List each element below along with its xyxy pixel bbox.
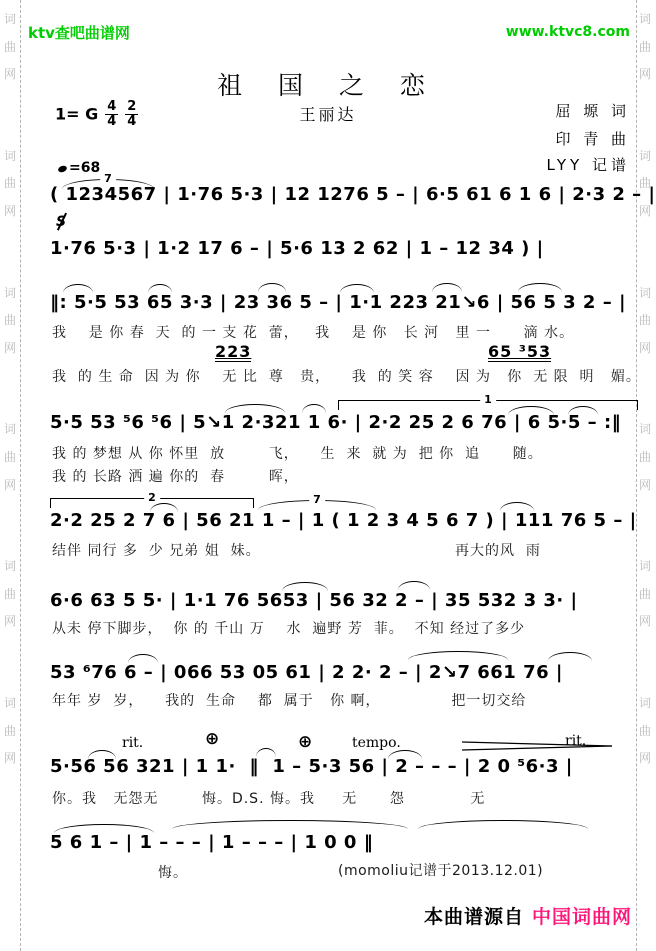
coda-icon: ⊕ [205,729,219,749]
watermark-text: 词曲网 [637,416,653,499]
watermark-text: 词曲网 [2,416,18,499]
lyrics-line-verse1: 悔。 [158,862,188,882]
time-signature-2: 24 [125,100,138,130]
notation-line-6: 6·6 63 5 5· | 1·1 76 5653 | 56 32 2 – | … [50,590,578,611]
watermark-text: 词曲网 [637,690,653,773]
ritardando-marking: rit. [122,735,143,751]
slur-arc [548,652,592,661]
lyrics-line-verse1: 我 的 梦想 从 你 怀里 放 飞， 生 来 就 为 把 你 追 随。 [52,443,543,463]
transcriber-note: (momoliu记谱于2013.12.01) [338,860,543,880]
watermark-text: 词曲网 [637,280,653,363]
right-dashed-border [636,0,637,951]
slur-arc [398,581,430,590]
lyrics-line-continued: 再大的风 雨 [455,540,541,560]
slur-arc [258,283,286,292]
lyrics-line-verse1: 从未 停下脚步， 你 的 千山 万 水 遍野 芳 菲。 不知 经过了多少 [52,618,525,638]
notation-line-1: ( 1234567 | 1·76 5·3 | 12 1276 5 – | 6·5… [50,184,656,205]
lyrics-line-verse1: 结伴 同行 多 少 兄弟 姐 妹。 [52,540,261,560]
key-signature: 1= G4424 [55,100,138,130]
lyrics-line-verse1: 我 是 你 春 天 的 一 支 花 蕾， 我 是 你 长 河 里 一 滴 水。 [52,322,574,342]
site-url-link[interactable]: www.ktvc8.com [506,24,630,40]
ending-number: 1 [480,393,496,406]
watermark-text: 词曲网 [2,280,18,363]
alternate-notes-1: 223 [215,342,251,362]
meter-numerator: 2 [125,100,138,115]
tie-arc [172,820,408,829]
ritardando-marking: rit. [565,733,586,749]
credit-transcriber: LYY 记谱 [547,154,630,175]
a-tempo-marking: tempo. [352,735,401,751]
notation-line-5: 2·2 25 2 7 6 | 56 21 1 – | 1 ( 1 2 3 4 5… [50,510,637,531]
slur-arc [408,651,508,660]
notation-line-7: 53 ⁶76 6 – | 066 53 05 61 | 2 2· 2 – | 2… [50,662,563,683]
alternate-notes-2: 65 ³53 [488,342,551,362]
credit-lyricist: 屈 塬 词 [555,100,630,121]
watermark-text: 词曲网 [2,553,18,636]
lyrics-line-verse1: 年年 岁 岁， 我的 生命 都 属于 你 啊， 把一切交给 [52,690,526,710]
notation-line-3: ‖: 5·5 53 65 3·3 | 23 36 5 – | 1·1 223 2… [50,292,626,313]
source-label: 本曲谱源自 [424,902,524,929]
lyrics-line-verse1: 你。我 无怨无 悔。D.S. 悔。我 无 怨 无 [52,788,485,808]
notation-line-4: 5·5 53 ⁵6 ⁵6 | 5↘1 2·321 1 6· | 2·2 25 2… [50,412,621,433]
song-title: 祖 国 之 恋 [0,66,656,102]
slur-arc [432,283,462,292]
watermark-text: 词曲网 [2,690,18,773]
coda-icon: ⊕ [298,732,312,752]
tempo-value: =68 [69,160,100,176]
decrescendo-hairpin [462,740,612,752]
watermark-text: 词曲网 [2,143,18,226]
slur-arc [518,283,562,292]
sheet-music-page: 词曲网 词曲网 词曲网 词曲网 词曲网 词曲网 词曲网 词曲网 词曲网 词曲网 … [0,0,656,951]
tempo-marking: =68 [58,160,100,176]
lyrics-line-verse2: 我 的 长路 洒 遍 你的 春 晖， [52,466,299,486]
left-dashed-border [20,0,21,951]
time-signature-1: 44 [105,100,118,130]
notation-line-9: 5 6 1 – | 1 – – – | 1 – – – | 1 0 0 ‖ [50,832,373,853]
meter-denominator: 4 [125,115,138,129]
tie-arc [418,820,588,829]
notation-line-8: 5·56 56 321 | 1 1· ‖ 1 – 5·3 56 | 2 – – … [50,756,573,777]
quarter-note-icon [57,165,68,174]
lyrics-line-verse2: 我 的 生 命 因 为 你 无 比 尊 贵， 我 的 笑 容 因 为 你 无 限… [52,366,641,386]
segno-icon: S [56,214,68,232]
meter-denominator: 4 [105,115,118,129]
notation-line-2: 1·76 5·3 | 1·2 17 6 – | 5·6 13 2 62 | 1 … [50,238,544,259]
credit-composer: 印 青 曲 [555,128,630,149]
ending-number: 2 [144,491,160,504]
source-site-link[interactable]: 中国词曲网 [532,902,632,929]
tuplet-bracket: 7 [258,500,376,510]
meter-numerator: 4 [105,100,118,115]
site-name-link[interactable]: ktv查吧曲谱网 [28,22,130,43]
key-label: 1= G [55,104,98,123]
watermark-text: 词曲网 [637,553,653,636]
tuplet-number: 7 [309,493,325,506]
